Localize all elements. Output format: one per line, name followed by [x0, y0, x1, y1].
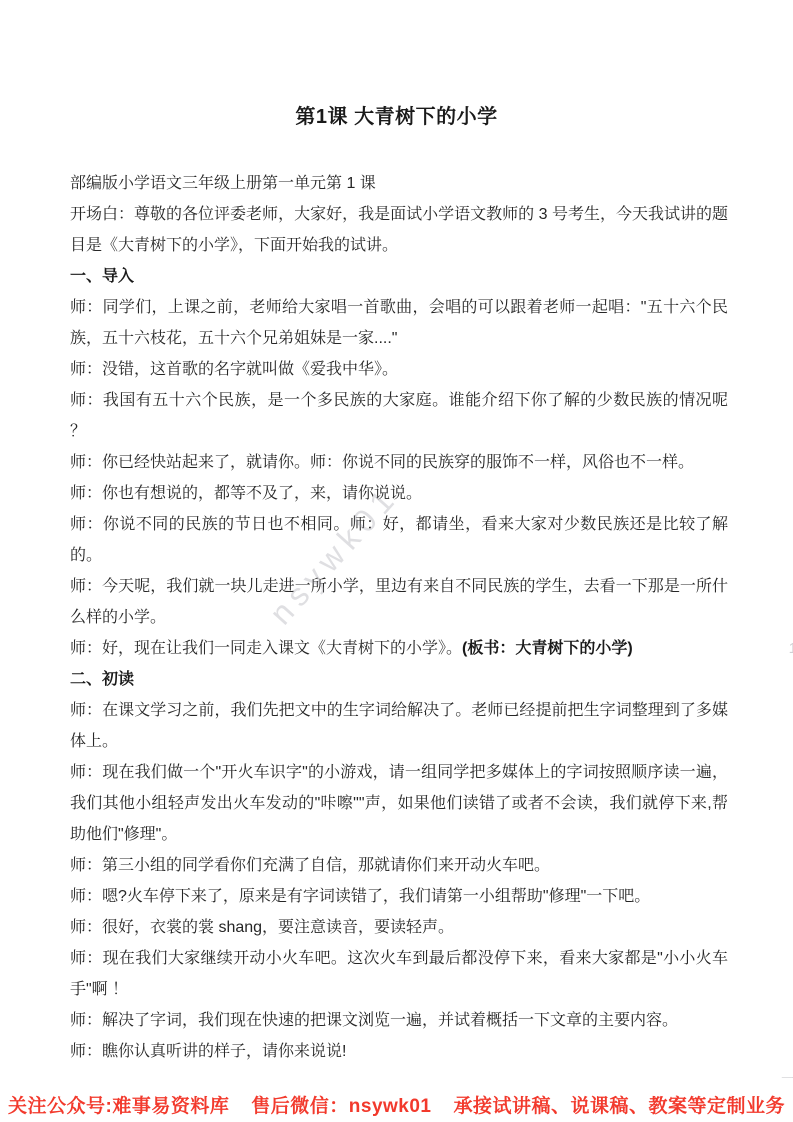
blackboard-note: (板书：大青树下的小学): [462, 640, 633, 657]
edge-watermark-fragment: 1: [789, 640, 793, 657]
footer-services: 承接试讲稿、说课稿、教案等定制业务: [453, 1091, 785, 1118]
script-line: 师：今天呢，我们就一块儿走进一所小学，里边有来自不同民族的学生，去看一下那是一所…: [70, 571, 728, 633]
footer-public-account: 关注公众号:难事易资料库: [8, 1091, 229, 1118]
textbook-source-line: 部编版小学语文三年级上册第一单元第 1 课: [70, 168, 728, 199]
page-title: 第1课 大青树下的小学: [0, 100, 793, 129]
section-heading-first-read: 二、初读: [70, 664, 728, 695]
script-line: 师：嗯?火车停下来了，原来是有字词读错了，我们请第一小组帮助"修理"一下吧。: [70, 881, 728, 912]
document-page: 第1课 大青树下的小学 部编版小学语文三年级上册第一单元第 1 课 开场白：尊敬…: [0, 0, 793, 1122]
script-line: 师：你也有想说的，都等不及了，来，请你说说。: [70, 478, 728, 509]
script-line: 师：第三小组的同学看你们充满了自信，那就请你们来开动火车吧。: [70, 850, 728, 881]
script-line: 师：瞧你认真听讲的样子，请你来说说!: [70, 1036, 728, 1067]
script-line: 师：现在我们大家继续开动小火车吧。这次火车到最后都没停下来，看来大家都是"小小火…: [70, 943, 728, 1005]
script-line: 师：我国有五十六个民族，是一个多民族的大家庭。谁能介绍下你了解的少数民族的情况呢…: [70, 385, 728, 447]
footer-wechat-contact: 售后微信：nsywk01: [251, 1091, 431, 1118]
script-line: 师：你已经快站起来了，就请你。师：你说不同的民族穿的服饰不一样，风俗也不一样。: [70, 447, 728, 478]
script-line: 师：在课文学习之前，我们先把文中的生字词给解决了。老师已经提前把生字词整理到了多…: [70, 695, 728, 757]
script-line: 师：很好，衣裳的裳 shang，要注意读音，要读轻声。: [70, 912, 728, 943]
script-line: 师：你说不同的民族的节日也不相同。师：好，都请坐，看来大家对少数民族还是比较了解…: [70, 509, 728, 571]
lesson-script-body: 部编版小学语文三年级上册第一单元第 1 课 开场白：尊敬的各位评委老师，大家好，…: [70, 168, 728, 1067]
edge-gray-fragment: 一: [781, 1068, 793, 1089]
opening-remark-line: 开场白：尊敬的各位评委老师，大家好，我是面试小学语文教师的 3 号考生，今天我试…: [70, 199, 728, 261]
script-line: 师：没错，这首歌的名字就叫做《爱我中华》。: [70, 354, 728, 385]
script-line: 师：现在我们做一个"开火车识字"的小游戏，请一组同学把多媒体上的字词按照顺序读一…: [70, 757, 728, 850]
script-line-with-blackboard-note: 师：好，现在让我们一同走入课文《大青树下的小学》。(板书：大青树下的小学): [70, 633, 728, 664]
script-line-text: 师：好，现在让我们一同走入课文《大青树下的小学》。: [70, 640, 462, 657]
script-line: 师：解决了字词，我们现在快速的把课文浏览一遍，并试着概括一下文章的主要内容。: [70, 1005, 728, 1036]
script-line: 师：同学们，上课之前，老师给大家唱一首歌曲，会唱的可以跟着老师一起唱："五十六个…: [70, 292, 728, 354]
section-heading-intro: 一、导入: [70, 261, 728, 292]
promo-footer-banner: 关注公众号:难事易资料库 售后微信：nsywk01 承接试讲稿、说课稿、教案等定…: [8, 1091, 785, 1118]
